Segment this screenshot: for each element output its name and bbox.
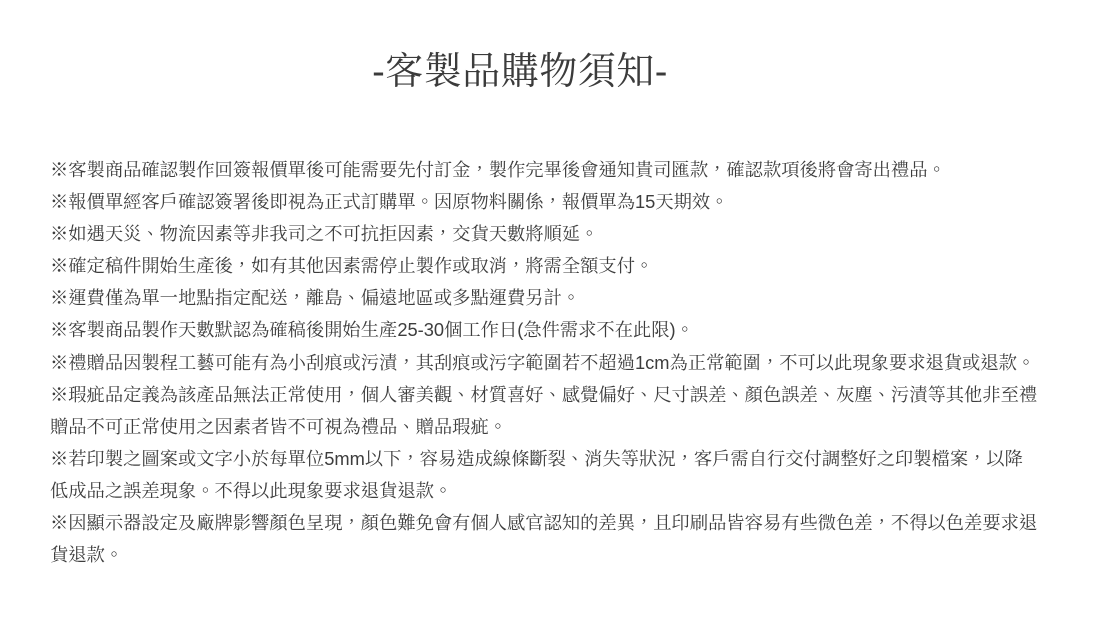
notice-item: ※確定稿件開始生產後，如有其他因素需停止製作或取消，將需全額支付。 [50,250,1040,282]
page-title: -客製品購物須知- [0,50,1040,94]
notice-item: ※若印製之圖案或文字小於每單位5mm以下，容易造成線條斷裂、消失等狀況，客戶需自… [50,443,1040,507]
notice-item: ※瑕疵品定義為該產品無法正常使用，個人審美觀、材質喜好、感覺偏好、尺寸誤差、顏色… [50,379,1040,443]
notice-item: ※客製商品確認製作回簽報價單後可能需要先付訂金，製作完畢後會通知貴司匯款，確認款… [50,154,1040,186]
notice-item: ※因顯示器設定及廠牌影響顏色呈現，顏色難免會有個人感官認知的差異，且印刷品皆容易… [50,507,1040,571]
custom-product-notice-page: -客製品購物須知- ※客製商品確認製作回簽報價單後可能需要先付訂金，製作完畢後會… [0,50,1040,571]
notice-item: ※如遇天災、物流因素等非我司之不可抗拒因素，交貨天數將順延。 [50,218,1040,250]
notice-list: ※客製商品確認製作回簽報價單後可能需要先付訂金，製作完畢後會通知貴司匯款，確認款… [0,154,1040,571]
notice-item: ※客製商品製作天數默認為確稿後開始生產25-30個工作日(急件需求不在此限)。 [50,314,1040,346]
notice-item: ※報價單經客戶確認簽署後即視為正式訂購單。因原物料關係，報價單為15天期效。 [50,186,1040,218]
notice-item: ※禮贈品因製程工藝可能有為小刮痕或污漬，其刮痕或污字範圍若不超過1cm為正常範圍… [50,347,1040,379]
notice-item: ※運費僅為單一地點指定配送，離島、偏遠地區或多點運費另計。 [50,282,1040,314]
